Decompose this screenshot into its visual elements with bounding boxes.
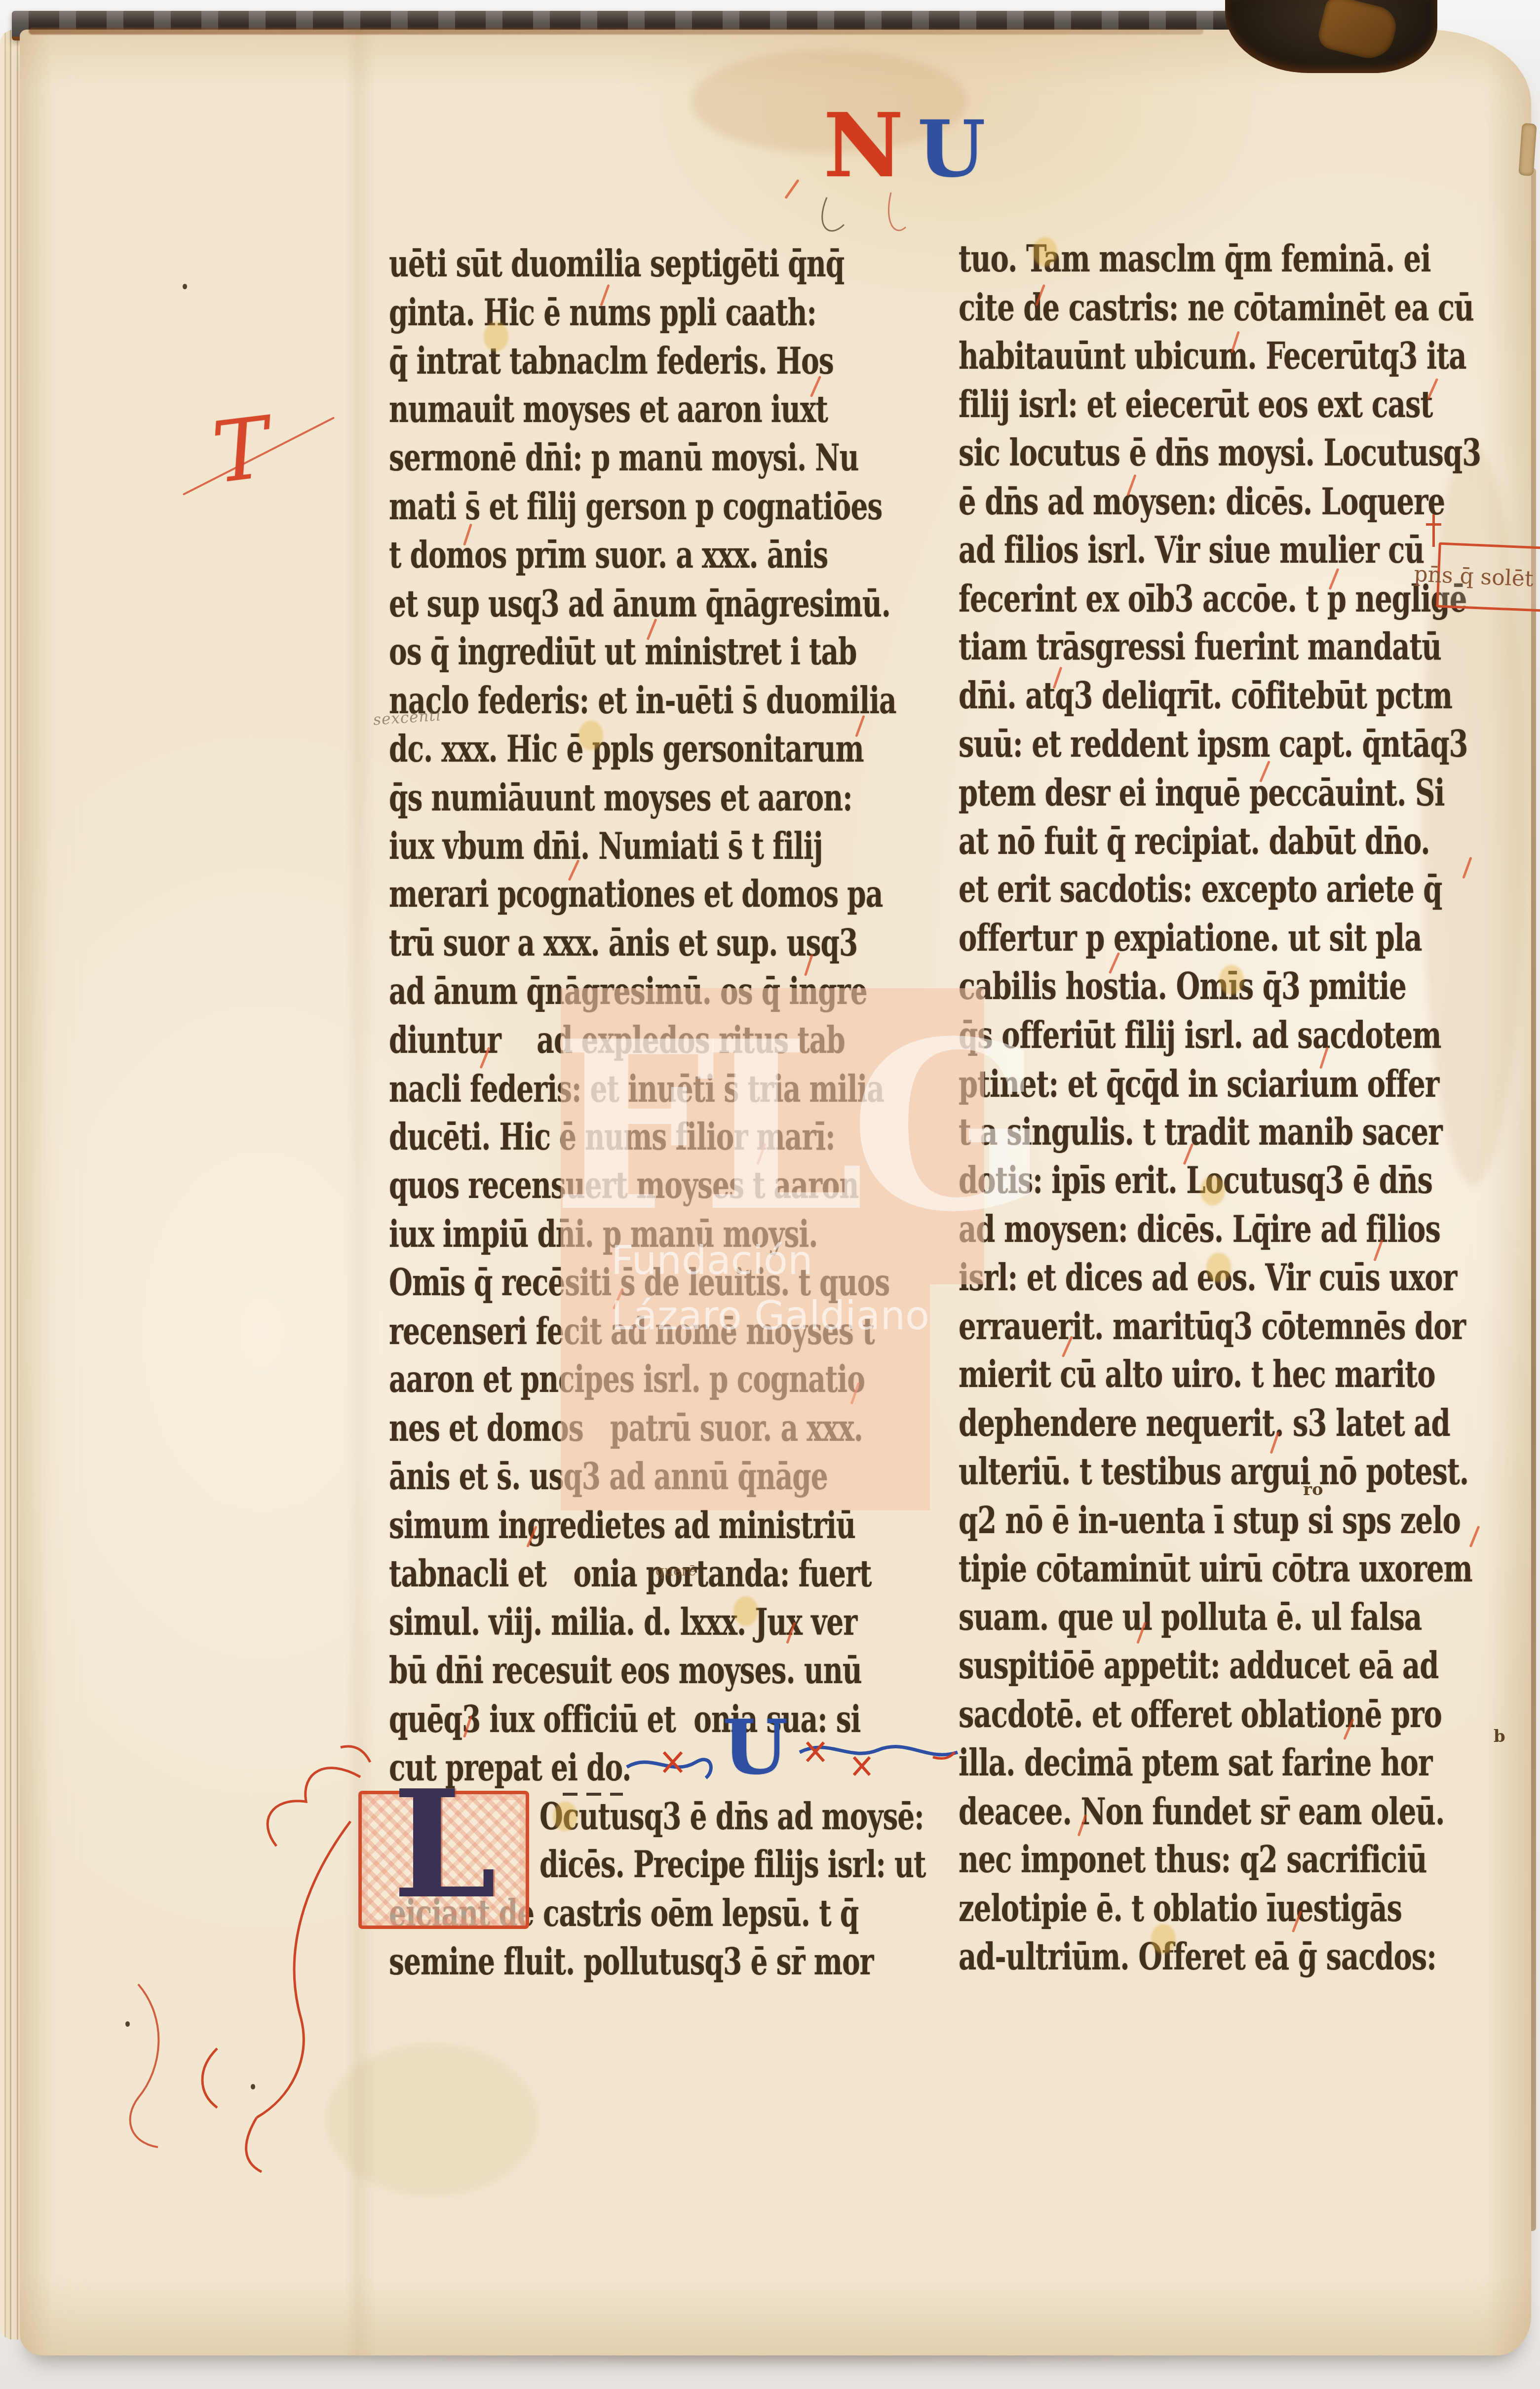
text-line: ad ānum q̄nāgresimū. os q̄ ingre [389, 967, 912, 1016]
margin-note-cross-icon [1432, 514, 1435, 547]
text-line: t domos prīm suor. a xxx. ānis [389, 531, 912, 579]
text-line: dn̄i. atq3 deliqrīt. cōfitebūt pctm [959, 671, 1540, 720]
text-line: tabnacli et onia portanda: fuert [389, 1549, 912, 1598]
illuminated-initial-letter: L [392, 1771, 497, 1919]
running-title-letter-blue: U [918, 104, 986, 195]
text-line: illa. decimā ptem sat farine hor [959, 1739, 1540, 1787]
margin-note-box: pn̄s q̄ solēt hoīb [1436, 542, 1540, 613]
margin-initial-t: T [208, 406, 274, 496]
text-line: dotis: ipīs erit. Locutusq3 ē dn̄s [959, 1156, 1540, 1205]
margin-note-cross-icon [1426, 523, 1441, 526]
text-column-left: uēti sūt duomilia septigēti q̄nq̄ginta. … [389, 240, 912, 1986]
text-line: recenseri fecit ad nomē moyses t [389, 1307, 912, 1355]
running-title: NU [823, 102, 986, 190]
text-column-right: tuo. Tam masclm q̄m feminā. eicite de ca… [959, 235, 1540, 1981]
text-line: mierit cū alto uiro. t hec marito [959, 1350, 1540, 1399]
text-line: iux vbum dn̄i. Numiati s̄ t filij [389, 822, 912, 870]
text-line: simum ingredietes ad ministriū [389, 1501, 912, 1549]
text-line: ginta. Hic ē nums ppli caath: [389, 288, 912, 337]
text-line: naclo federis: et in-uēti s̄ duomilia [389, 676, 912, 725]
text-line: trū suor a xxx. ānis et sup. usq3 [389, 919, 912, 967]
text-line: offertur p expiatione. ut sit pla [959, 914, 1540, 963]
text-line: numauit moyses et aaron iuxt [389, 385, 912, 434]
text-line: tuo. Tam masclm q̄m feminā. ei [959, 235, 1540, 283]
illuminated-initial-frame: L [358, 1791, 529, 1929]
ink-speck [183, 284, 187, 289]
manuscript-page: NU T uēti sūt duomilia septigēti q̄nq̄gi… [20, 30, 1531, 2355]
text-line: q̄ intrat tabnaclm federis. Hos [389, 337, 912, 385]
text-line: semine fluit. pollutusq3 ē sr̄ mor [389, 1938, 912, 1986]
text-line: tiam trāsgressi fuerint mandatū [959, 623, 1540, 671]
running-title-letter-red: N [823, 94, 904, 197]
text-line: nes et domos patrū suor. a xxx. [389, 1404, 912, 1453]
text-line: ptinet: et q̄cq̄d in sciarium offer [959, 1060, 1540, 1108]
text-line: diuntur ad expledos ritus tab [389, 1016, 912, 1064]
text-line: cite de castris: ne cōtaminēt ea cū [959, 283, 1540, 332]
text-line: ducēti. Hic ē nums filior marī: [389, 1113, 912, 1161]
text-line: et sup usq3 ad ānum q̄nāgresimū. [389, 579, 912, 628]
browned-top-edge [29, 28, 1203, 35]
text-line: sermonē dn̄i: p manū moysi. Nu [389, 434, 912, 482]
superscript-gloss: ro [1303, 1480, 1323, 1500]
text-line: dephendere nequerit. s3 latet ad [959, 1399, 1540, 1448]
text-line: q2 nō ē in-uenta ī stup si sps zelo [959, 1496, 1540, 1544]
text-line: aaron et pncipes isrl. p cognatio [389, 1355, 912, 1404]
parchment-stain [326, 2043, 538, 2196]
text-line: cabilis hostia. Omīs q̄3 pmitie [959, 963, 1540, 1011]
text-line: quos recensuert moyses t aaron [389, 1161, 912, 1210]
text-line: ē dn̄s ad moysen: dicēs. Loquere [959, 477, 1540, 526]
manuscript-photo: NU T uēti sūt duomilia septigēti q̄nq̄gi… [0, 0, 1540, 2389]
text-line: isrl: et dices ad eos. Vir cuīs uxor [959, 1254, 1540, 1302]
text-line: zelotipie ē. t oblatio īuestigās [959, 1884, 1540, 1932]
text-line: dc. xxx. Hic ē ppls gersonitarum [389, 725, 912, 773]
text-line: mati s̄ et filij gerson p cognatiōes [389, 482, 912, 531]
text-line: deacee. Non fundet sr̄ eam oleū. [959, 1787, 1540, 1836]
text-line: sic locutus ē dn̄s moysi. Locutusq3 [959, 429, 1540, 477]
text-line: os q̄ ingrediūt ut ministret i tab [389, 628, 912, 676]
text-line: suam. que ul polluta ē. ul falsa [959, 1593, 1540, 1642]
text-line: habitauūnt ubicum. Fecerūtq3 ita [959, 332, 1540, 381]
text-line: ptem desr ei inquē peccāuint. Si [959, 769, 1540, 817]
text-line: t a singulis. t tradit manib sacer [959, 1108, 1540, 1156]
text-line: tipie cōtaminūt uirū cōtra uxorem [959, 1544, 1540, 1593]
text-line: simul. viij. milia. d. lxxx. Jux ver [389, 1598, 912, 1647]
superscript-gloss: b [1494, 1727, 1505, 1746]
text-line: ad-ultriūm. Offeret eā ḡ sacdos: [959, 1933, 1540, 1981]
ink-speck [125, 2021, 130, 2027]
text-line: bū dn̄i recesuit eos moyses. unū [389, 1647, 912, 1695]
text-line: suspitiōē appetit: adducet eā ad [959, 1642, 1540, 1690]
text-line: Omīs q̄ recēsiti s̄ de leuitis. t quos [389, 1259, 912, 1307]
text-line: ad moysen: dicēs. Lq̄ire ad filios [959, 1205, 1540, 1254]
text-line: suū: et reddent ipsm capt. q̄ntāq3 [959, 720, 1540, 769]
text-line: et erit sacdotis: excepto ariete q̄ [959, 866, 1540, 914]
text-line: ulteriū. t testibus argui nō potest. [959, 1448, 1540, 1496]
text-line: iux impiū dn̄i. p manū moysi. [389, 1210, 912, 1259]
red-tick [784, 179, 799, 199]
interlinear-gloss: querē [655, 1563, 696, 1579]
text-line: ānis et s̄. usq3 ad annū q̄nāge [389, 1453, 912, 1501]
text-line: uēti sūt duomilia septigēti q̄nq̄ [389, 240, 912, 288]
chapter-mark-initial: U [723, 1710, 788, 1785]
text-line: merari pcognationes et domos pa [389, 871, 912, 919]
text-line: errauerit. maritūq3 cōtemnēs dor [959, 1302, 1540, 1350]
text-line: filij isrl: et eiecerūt eos ext cast [959, 381, 1540, 429]
text-line: quēq3 iux officiū et onia sua: si [389, 1695, 912, 1743]
text-line: nacli federis: et inuēti s̄ tria milia [389, 1065, 912, 1113]
text-line: sacdotē. et offeret oblationē pro [959, 1690, 1540, 1738]
text-line: nec imponet thus: q2 sacrificiū [959, 1836, 1540, 1884]
text-line: at nō fuit q̄ recipiat. dabūt dn̄o. [959, 817, 1540, 865]
ink-speck [251, 2084, 255, 2089]
text-line: q̄s numiāuunt moyses et aaron: [389, 773, 912, 822]
text-line: q̄s offeriūt filij isrl. ad sacdotem [959, 1011, 1540, 1059]
